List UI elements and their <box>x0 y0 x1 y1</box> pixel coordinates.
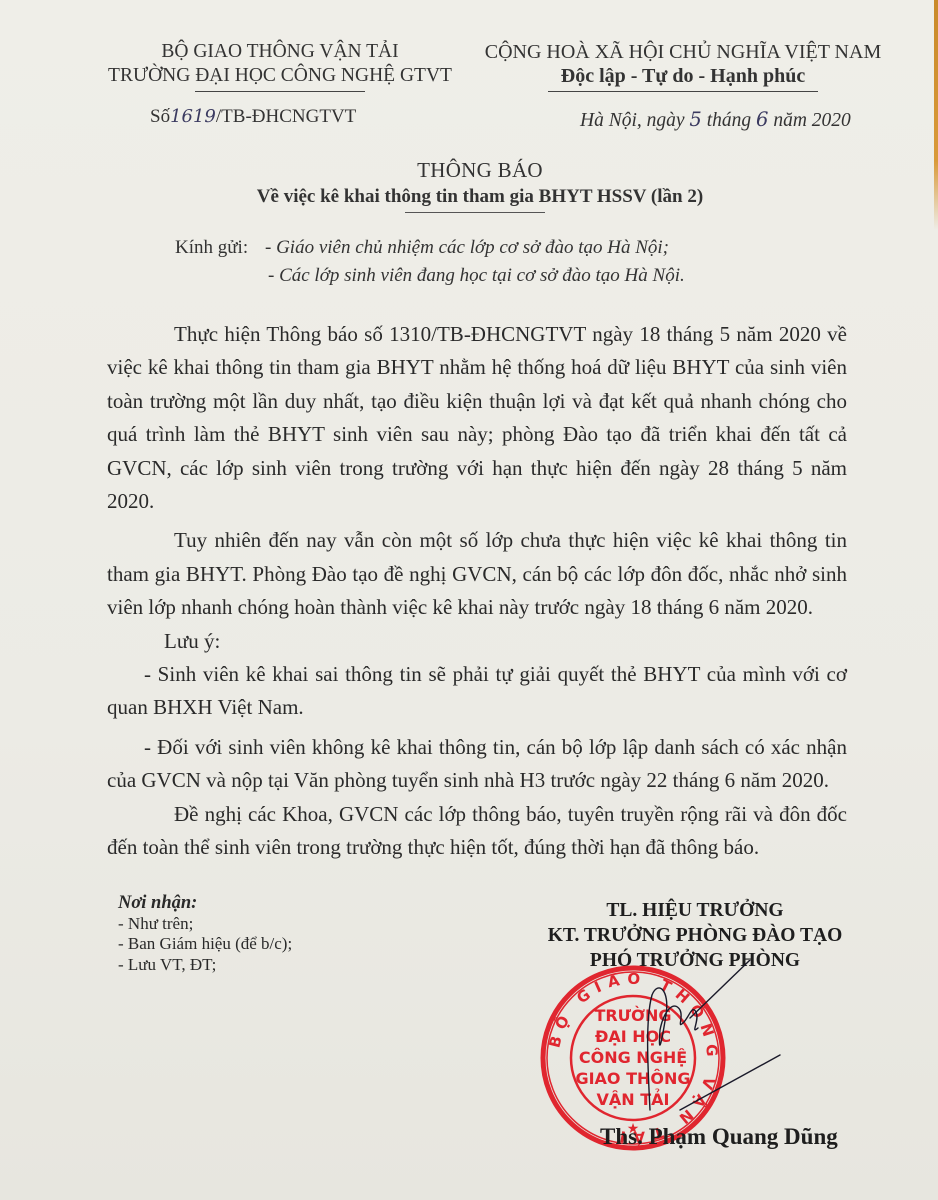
motto-underline <box>548 91 818 92</box>
body-paragraph: Tuy nhiên đến nay vẫn còn một số lớp chư… <box>107 524 847 624</box>
note-bullet: - Đối với sinh viên không kê khai thông … <box>107 731 847 798</box>
subtitle-underline <box>405 212 545 213</box>
doc-no-handwritten: 1619 <box>170 106 216 127</box>
school-name: TRƯỜNG ĐẠI HỌC CÔNG NGHỆ GTVT <box>95 64 465 88</box>
date-day: 5 <box>689 108 701 131</box>
signature-line: TL. HIỆU TRƯỞNG <box>520 898 870 923</box>
distribution-item: - Như trên; <box>118 914 292 935</box>
document-body: Thực hiện Thông báo số 1310/TB-ĐHCNGTVT … <box>107 318 847 865</box>
distribution-item: - Lưu VT, ĐT; <box>118 955 292 976</box>
national-motto: Độc lập - Tự do - Hạnh phúc <box>478 64 888 88</box>
national-header: CỘNG HOÀ XÃ HỘI CHỦ NGHĨA VIỆT NAM Độc l… <box>478 40 888 92</box>
document-number: Số1619/TB-ĐHCNGTVT <box>150 106 356 128</box>
signature-line: KT. TRƯỞNG PHÒNG ĐÀO TẠO <box>520 923 870 948</box>
date-month: 6 <box>756 108 768 131</box>
distribution-list: Nơi nhận: - Như trên; - Ban Giám hiệu (đ… <box>118 893 292 975</box>
note-label: Lưu ý: <box>107 625 847 658</box>
country-name: CỘNG HOÀ XÃ HỘI CHỦ NGHĨA VIỆT NAM <box>478 40 888 64</box>
addressee-item: - Giáo viên chủ nhiệm các lớp cơ sở đào … <box>265 237 669 258</box>
date-month-label: tháng <box>707 110 751 131</box>
issuer-header: BỘ GIAO THÔNG VẬN TẢI TRƯỜNG ĐẠI HỌC CÔN… <box>95 40 465 92</box>
body-paragraph: Đề nghị các Khoa, GVCN các lớp thông báo… <box>107 798 847 865</box>
signer-name: Ths. Phạm Quang Dũng <box>600 1124 838 1150</box>
handwritten-signature-icon <box>640 960 800 1120</box>
distribution-heading: Nơi nhận: <box>118 893 292 914</box>
body-paragraph: Thực hiện Thông báo số 1310/TB-ĐHCNGTVT … <box>107 318 847 518</box>
doc-no-suffix: /TB-ĐHCNGTVT <box>216 106 356 127</box>
doc-no-prefix: Số <box>150 106 170 127</box>
document-subtitle: Về việc kê khai thông tin tham gia BHYT … <box>200 186 760 208</box>
header-underline <box>195 91 365 92</box>
date-year: năm 2020 <box>773 110 850 131</box>
desk-edge <box>934 0 938 230</box>
document-title: THÔNG BÁO <box>200 158 760 183</box>
issue-date: Hà Nội, ngày 5 tháng 6 năm 2020 <box>580 108 851 132</box>
date-place: Hà Nội, ngày <box>580 110 685 131</box>
addressee-item: - Các lớp sinh viên đang học tại cơ sở đ… <box>268 265 685 286</box>
distribution-item: - Ban Giám hiệu (để b/c); <box>118 934 292 955</box>
addressees-label: Kính gửi: <box>175 234 265 262</box>
ministry-name: BỘ GIAO THÔNG VẬN TẢI <box>95 40 465 64</box>
addressees: Kính gửi:- Giáo viên chủ nhiệm các lớp c… <box>175 234 685 290</box>
note-bullet: - Sinh viên kê khai sai thông tin sẽ phả… <box>107 658 847 725</box>
